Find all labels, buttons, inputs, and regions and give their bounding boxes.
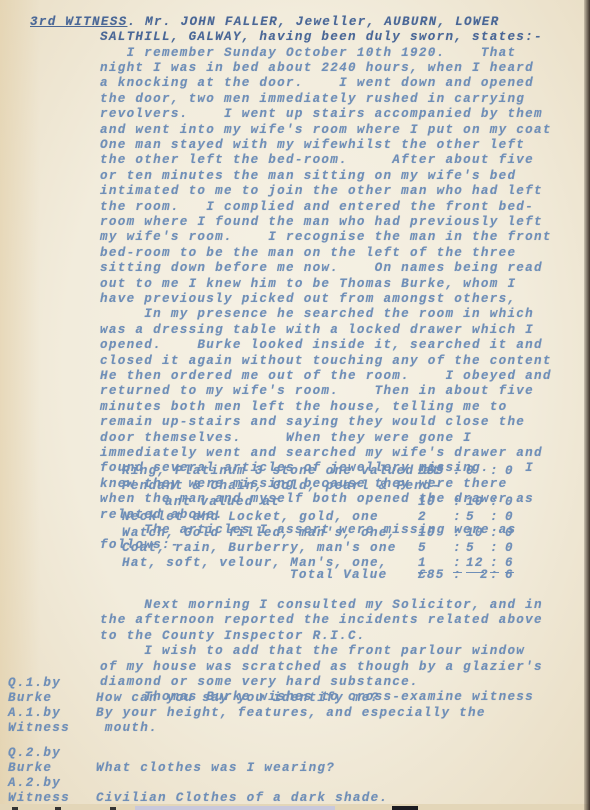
article-shillings: 5 [466,510,475,525]
statement-line: opened. Burke looked inside it, searched… [100,338,543,353]
witness-heading: 3rd WITNESS. Mr. JOHN FALLER, Jeweller, … [30,15,499,30]
article-shillings: 10 [466,495,484,510]
article-pounds: 5 [418,541,427,556]
separator: : [453,495,462,510]
cross-exam-speaker: Burke [8,691,52,706]
cutoff-highlight [135,806,335,810]
statement-line: bed-room to be the man on the left of th… [100,246,516,261]
cross-exam-text: By your height, features, and especially… [96,706,486,721]
separator: : [490,495,499,510]
typewritten-page: 3rd WITNESS. Mr. JOHN FALLER, Jeweller, … [0,0,590,810]
article-pence: 0 [505,495,514,510]
statement-line: minutes both men left the house, telling… [100,400,507,415]
article-pence: 0 [505,464,514,479]
separator: : [453,541,462,556]
statement-line: door themselves. When they were gone I [100,431,472,446]
total-pence: 6 [505,568,514,583]
cutoff-block [392,806,418,810]
article-item: Coat, rain, Burberry, man's one [122,541,397,556]
statement-line: In my presence he searched the room in w… [100,307,534,322]
statement-line: remain up-stairs and saying they would c… [100,415,525,430]
separator: : [490,568,499,583]
total-shillings: 2 [480,568,489,583]
closing-line: of my house was scratched as though by a… [100,660,543,675]
cross-exam-label: Q.2.by [8,746,61,761]
article-item: Ring, Platinum 3 stone one valued at [122,464,441,479]
separator: : [490,541,499,556]
cross-exam-text: How can you say you identify me? [96,691,379,706]
separator: : [453,510,462,525]
article-pounds: 10 [418,495,436,510]
statement-line: and went into my wife's room where I put… [100,123,552,138]
witness-heading-line2: SALTHILL, GALWAY, having been duly sworn… [100,30,543,45]
separator: : [453,464,462,479]
total-pounds: £85 [418,568,445,583]
article-item-cont: ant valued at [165,495,280,510]
page-bottom-edge [0,804,590,810]
statement-line: room where I found the man who had previ… [100,215,543,230]
witness-heading-rest: . Mr. JOHN FALLER, Jeweller, AUBURN, LOW… [127,15,499,29]
separator: : [453,526,462,541]
separator: : [490,464,499,479]
closing-line: I wish to add that the front parlour win… [100,644,525,659]
article-shillings: 0 [466,464,475,479]
statement-line: One man stayed with my wifewhilst the ot… [100,138,525,153]
statement-line: have previously picked out from amongst … [100,292,516,307]
witness-number-label: 3rd WITNESS [30,15,127,29]
article-item: Watch, Gold filled, man's, one, [122,526,397,541]
article-pence: 0 [505,526,514,541]
closing-line: to the County Inspector R.I.C. [100,629,366,644]
cross-exam-speaker: Burke [8,761,52,776]
statement-line: the other left the bed-room. After about… [100,153,534,168]
statement-line: my wife's room. I recognise the man in t… [100,230,552,245]
statement-line: or ten minutes the man sitting on my wif… [100,169,516,184]
statement-line: the door, two men immediately rushed in … [100,92,525,107]
cross-exam-text: What clothes was I wearing? [96,761,335,776]
separator: : [490,510,499,525]
closing-line: diamond or some very hard substance. [100,675,419,690]
statement-line: night I was in bed about 2240 hours, whe… [100,61,534,76]
article-item: Necklet and Locket, gold, one [122,510,379,525]
total-label: Total Value [290,568,387,583]
statement-line: the room. I complied and entered the fro… [100,200,534,215]
statement-line: I remember Sunday October 10th 1920. Tha… [100,46,516,61]
article-pounds: 10 [418,526,436,541]
closing-line: the afternoon reported the incidents rel… [100,613,543,628]
separator: : [490,526,499,541]
separator: : [453,568,462,583]
article-pence: 0 [505,510,514,525]
article-pence: 0 [505,541,514,556]
closing-line: Next morning I consulted my Solicitor, a… [100,598,543,613]
statement-line: returned to my wife's room. Then in abou… [100,384,534,399]
statement-line: intimated to me to join the other man wh… [100,184,543,199]
cross-exam-speaker: Witness [8,721,70,736]
statement-line: He then ordered me out of the room. I ob… [100,369,552,384]
statement-line: out to me I knew him to be Thomas Burke,… [100,277,516,292]
article-pounds: 2 [418,510,427,525]
statement-line: a knocking at the door. I went down and … [100,76,534,91]
article-shillings: 10 [466,526,484,541]
article-shillings: 5 [466,541,475,556]
statement-line: sitting down before me now. On names bei… [100,261,543,276]
cross-exam-text: mouth. [96,721,158,736]
statement-line: revolvers. I went up stairs accompanied … [100,107,543,122]
cross-exam-label: A.2.by [8,776,61,791]
article-pounds: £55 [418,464,445,479]
cross-exam-label: A.1.by [8,706,61,721]
statement-line: closed it again without touching any of … [100,354,552,369]
statement-line: immediately went and searched my wife's … [100,446,543,461]
statement-line: was a dressing table with a locked drawe… [100,323,534,338]
article-item: Pendant & Chain, Gold, pearl & Pend- [122,479,441,494]
cross-exam-label: Q.1.by [8,676,61,691]
